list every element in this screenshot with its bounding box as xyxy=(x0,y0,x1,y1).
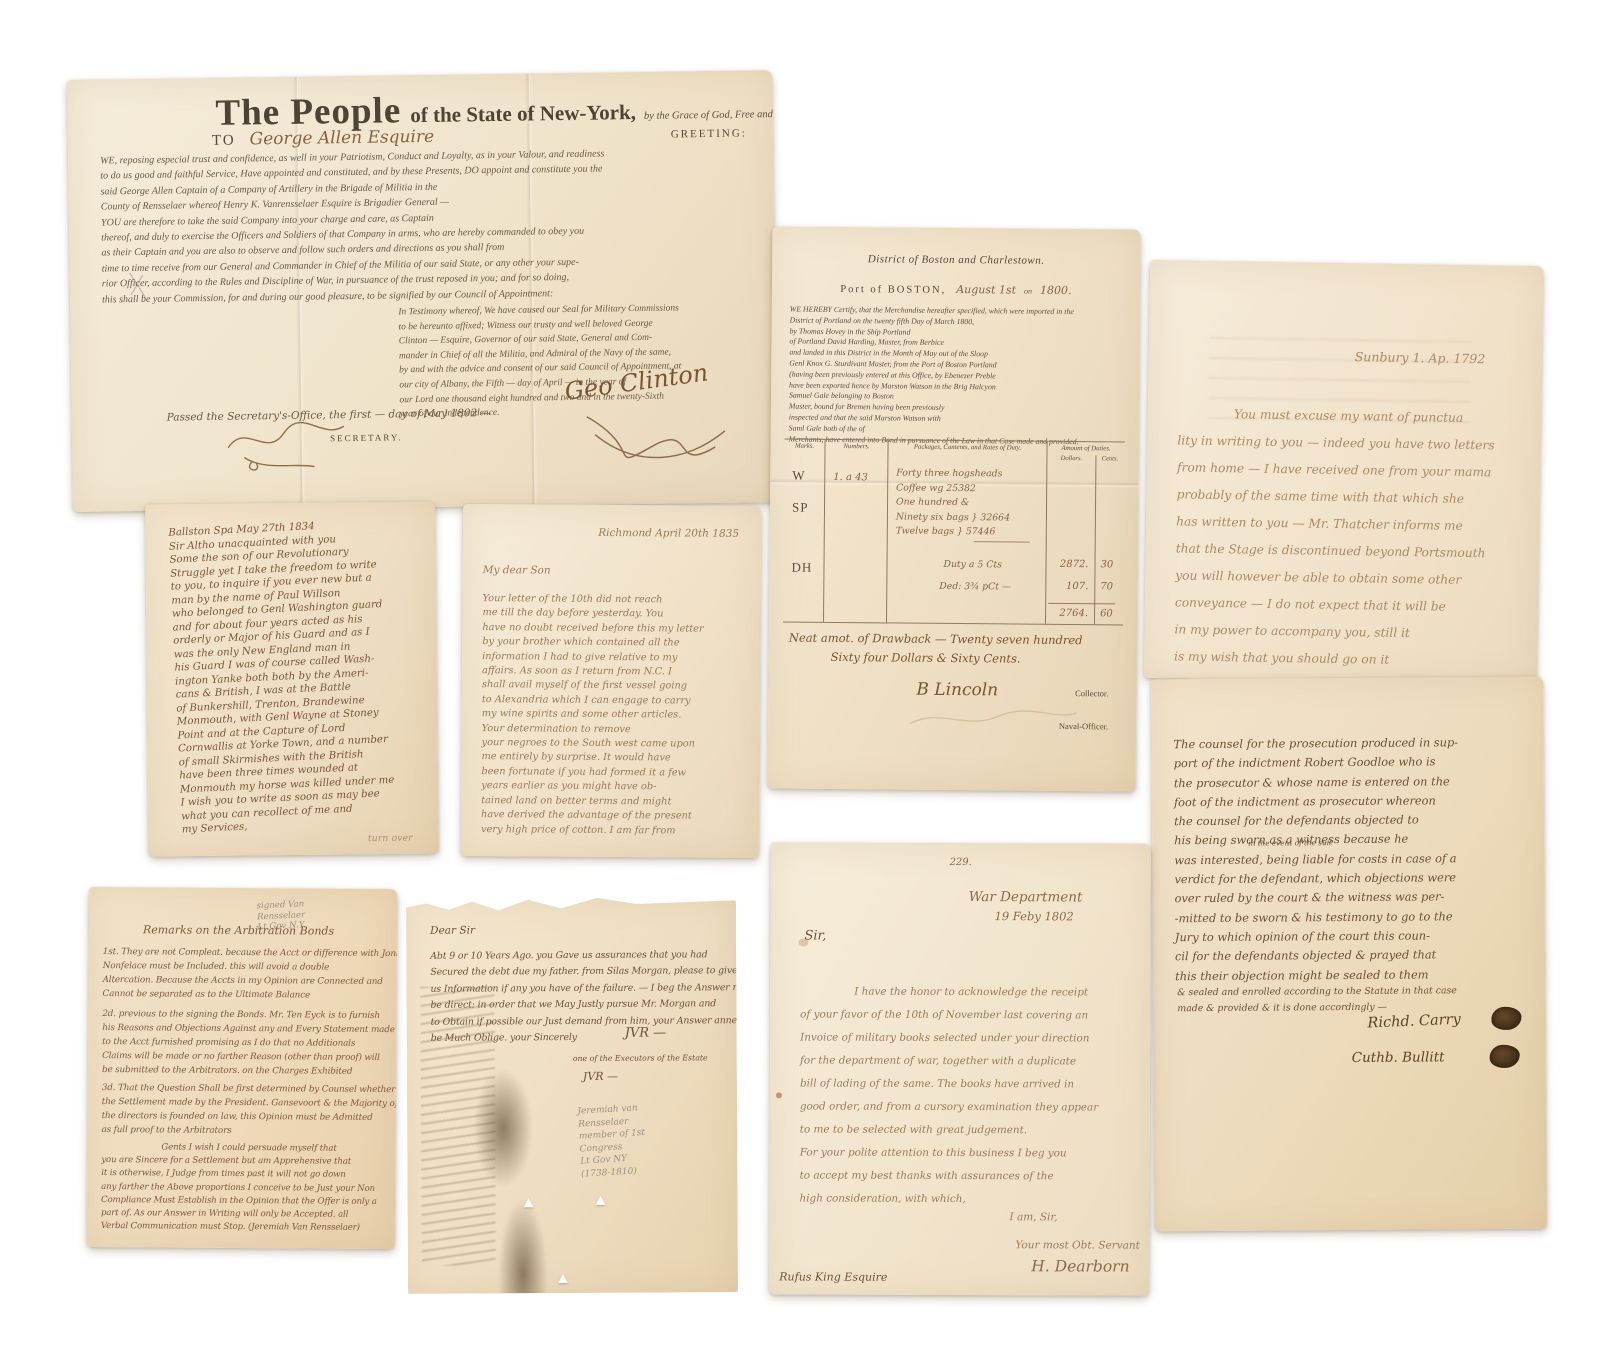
text-line: Coffee wg 25382 xyxy=(896,481,1010,496)
document-ny-commission: The Peopleof the State of New-York,by th… xyxy=(67,70,778,512)
text-line: shall avail myself of the first vessel g… xyxy=(482,679,750,695)
paper-hole xyxy=(558,1274,568,1283)
text-line: was interested, being liable for costs i… xyxy=(1174,849,1530,871)
document-estate-letter: Dear Sir Abt 9 or 10 Years Ago. you Gave… xyxy=(406,897,738,1294)
record-addendum: & sealed and enrolled according to the S… xyxy=(1177,983,1531,1016)
text-line: the prosecutor & whose name is entered o… xyxy=(1174,771,1530,793)
deduction-line: Ded: 3¾ pCt — xyxy=(939,581,1011,593)
lincoln-signature: B Lincoln xyxy=(916,680,998,701)
ink-seal xyxy=(1490,1045,1520,1068)
letter-salutation: My dear Son xyxy=(483,564,551,576)
deduction-cents: 70 xyxy=(1100,581,1113,592)
text-line: Abt 9 or 10 Years Ago. you Gave us assur… xyxy=(430,947,730,965)
pencil-annotation: Jeremiah vanRensselaermember of 1stCongr… xyxy=(577,1102,647,1181)
numbers-value: 1. a 43 xyxy=(833,472,868,483)
ink-seal xyxy=(1491,1007,1521,1030)
text-line: us Information if any you have of the fa… xyxy=(430,980,730,998)
duty-dollars: 2872. xyxy=(1048,559,1088,570)
text-line: as full proof to the Arbitrators xyxy=(102,1123,390,1139)
sender-initials: JVR — xyxy=(583,1070,618,1083)
text-line: to Obtain if possible our Just demand fr… xyxy=(431,1013,731,1031)
text-line: For your polite attention to this busine… xyxy=(800,1141,1142,1165)
numbers-column: Numbers. 1. a 43 xyxy=(824,440,889,623)
text-line: Ninety six bags } 32664 xyxy=(896,510,1010,525)
letter-date: Sunbury 1. Ap. 1792 xyxy=(1355,349,1486,366)
packages-entries: Forty three hogsheadsCoffee wg 25382One … xyxy=(896,466,1011,539)
text-line: is my wish that you should go on it xyxy=(1174,643,1529,676)
text-line: be submitted to the Arbitrators. on the … xyxy=(102,1063,390,1079)
remarks-title: Remarks on the Arbitration Bonds xyxy=(143,923,334,937)
mark-value: W xyxy=(792,468,805,484)
faded-naval-signature xyxy=(908,706,1078,736)
document-arbitration-remarks: signed VanRensselaerLt Gov N.Y. Remarks … xyxy=(87,887,398,1249)
numbers-header: Numbers. xyxy=(826,440,888,451)
marks-column: Marks. W SP DH xyxy=(783,440,826,622)
secretary-label: SECRETARY. xyxy=(330,432,403,443)
remarks-item-2: 2d. previous to the signing the Bonds. M… xyxy=(102,1007,390,1079)
letter-body: You must excuse my want of punctuality i… xyxy=(1174,400,1533,676)
text-line: be Much Oblige. your Sincerely xyxy=(431,1029,731,1047)
total-dollars: 2764. xyxy=(1048,608,1088,619)
letter-salutation: Dear Sir xyxy=(430,925,475,937)
marks-header: Marks. xyxy=(785,440,825,450)
document-war-department-letter: 229. War Department 19 Feby 1802 Sir, I … xyxy=(769,842,1151,1295)
collector-label: Collector. xyxy=(1075,688,1108,698)
text-line: for the department of war, together with… xyxy=(800,1049,1142,1073)
letter-body: Abt 9 or 10 Years Ago. you Gave us assur… xyxy=(430,947,731,1047)
commission-title-mid: of the State of New-York, xyxy=(410,100,636,127)
record-body: The counsel for the prosecution produced… xyxy=(1173,733,1531,986)
turn-over-note: turn over xyxy=(368,833,413,844)
duty-cents: 30 xyxy=(1100,559,1113,570)
text-line: to me to be selected with great judgemen… xyxy=(800,1118,1142,1142)
text-line: (1738-1810) xyxy=(581,1165,648,1181)
packages-header: Packages, Contents, and Rates of Duty. xyxy=(889,440,1047,451)
text-line: my wine spirits and some other articles. xyxy=(482,707,750,723)
dearborn-signature: H. Dearborn xyxy=(1031,1257,1129,1275)
letter-date: 19 Feby 1802 xyxy=(995,909,1074,923)
text-line: Jury to which opinion of the court this … xyxy=(1175,926,1531,948)
ink-stain xyxy=(498,1198,549,1294)
letter-date: Richmond April 20th 1835 xyxy=(598,527,739,540)
text-line: port of the indictment Robert Goodloe wh… xyxy=(1174,752,1530,774)
document-court-record: The counsel for the prosecution produced… xyxy=(1151,677,1547,1232)
port-date: August 1st xyxy=(956,283,1016,297)
closing-line-2: Your most Obt. Servant xyxy=(1015,1239,1140,1251)
amount-header: Amount of Duties. xyxy=(1048,442,1125,453)
text-line: Forty three hogsheads xyxy=(896,466,1010,481)
document-sunbury-letter: Sunbury 1. Ap. 1792 You must excuse my w… xyxy=(1144,260,1544,684)
text-line: by your brother which contained all the xyxy=(482,635,750,651)
port-year: 1800. xyxy=(1040,284,1072,297)
letter-body: Your letter of the 10th did not reachme … xyxy=(481,592,751,839)
paper-hole xyxy=(524,1198,534,1207)
drawback-line-1: Neat amot. of Drawback — Twenty seven hu… xyxy=(789,629,1083,651)
stain-spot xyxy=(776,1092,782,1098)
text-line: I have the honor to acknowledge the rece… xyxy=(854,981,1142,1005)
district-heading: District of Boston and Charlestown. xyxy=(772,252,1140,267)
carry-signature: Richd. Carry xyxy=(1367,1012,1461,1032)
duties-table: Marks. W SP DH Numbers. 1. a 43 Packages… xyxy=(783,439,1125,626)
amount-column: Amount of Duties. Dollars. Cents. 2872. … xyxy=(1046,442,1125,625)
text-line: made & provided & it is done accordingly… xyxy=(1177,998,1531,1016)
text-line: Cannot be separated as to the Ultimate B… xyxy=(102,987,390,1003)
text-line: One hundred & xyxy=(896,495,1010,510)
packages-column: Packages, Contents, and Rates of Duty. F… xyxy=(887,440,1048,623)
document-richmond-letter: Richmond April 20th 1835 My dear Son You… xyxy=(461,504,761,858)
letter-salutation: Sir, xyxy=(804,928,826,943)
text-line: be direct: in order that we May Justly p… xyxy=(430,996,730,1014)
text-line: to accept my best thanks with assurances… xyxy=(800,1164,1142,1188)
text-line: me till the day before yesterday. You xyxy=(482,607,750,623)
drawback-line-2: Sixty four Dollars & Sixty Cents. xyxy=(831,648,1083,669)
paper-hole xyxy=(596,1196,606,1205)
mark-value: DH xyxy=(791,560,812,576)
dollars-header: Dollars. xyxy=(1047,455,1095,462)
amount-subheaders: Dollars. Cents. xyxy=(1047,455,1124,463)
text-line: verdict for the defendant, which objecti… xyxy=(1174,868,1530,890)
text-line: Invoice of military books selected under… xyxy=(800,1026,1142,1050)
sender-initials: JVR — xyxy=(625,1026,667,1041)
column-divider xyxy=(1094,455,1096,624)
remarks-item-3: 3d. That the Question Shall be first det… xyxy=(102,1081,390,1139)
sum-rule xyxy=(974,541,1030,542)
letter-body: I have the honor to acknowledge the rece… xyxy=(800,980,1143,1211)
ink-stain xyxy=(473,1068,534,1188)
remarks-closing: Gents I wish I could persuade myself tha… xyxy=(101,1141,390,1235)
port-heading: Port of BOSTON, August 1st on 1800. xyxy=(772,278,1140,299)
commission-title-small: by the Grace of God, Free and Independen… xyxy=(644,108,778,122)
executors-note: one of the Executors of the Estate xyxy=(573,1053,708,1063)
text-line: over ruled by the court & the witness wa… xyxy=(1175,887,1531,909)
secretary-signature-flourish xyxy=(222,416,353,479)
text-line: his being sworn as a witness because he xyxy=(1174,829,1530,851)
text-line: foot of the indictment as prosecutor whe… xyxy=(1174,791,1530,813)
recipient-name: George Allen Esquire xyxy=(249,127,434,150)
bullitt-signature: Cuthb. Bullitt xyxy=(1352,1049,1445,1066)
text-line: Verbal Communication must Stop. (Jeremia… xyxy=(101,1220,389,1235)
commission-body: WE, reposing especial trust and confiden… xyxy=(100,144,750,307)
port-label: Port of BOSTON, xyxy=(840,284,946,296)
text-line: bill of lading of the same. The books ha… xyxy=(800,1072,1142,1096)
clinton-signature-flourish xyxy=(575,405,736,484)
text-line: Twelve bags } 57446 xyxy=(896,524,1010,539)
to-label: TO xyxy=(212,133,236,149)
text-line: the counsel for the defendants objected … xyxy=(1174,810,1530,832)
duty-rate-line: Duty a 5 Cts xyxy=(943,559,1001,571)
cents-header: Cents. xyxy=(1095,455,1124,462)
remarks-item-1: 1st. They are not Compleat. because the … xyxy=(102,945,390,1003)
text-line: very high price of cotton. I am far from xyxy=(481,823,749,839)
port-on-word: on xyxy=(1024,287,1032,296)
photo-canvas: The Peopleof the State of New-York,by th… xyxy=(0,0,1600,1367)
text-line: Secured the debt due my father. from Sil… xyxy=(430,964,730,982)
closing-line-1: I am, Sir, xyxy=(1009,1211,1057,1223)
naval-officer-label: Naval-Officer. xyxy=(1059,721,1108,731)
certificate-body: WE HEREBY Certify, that the Merchandise … xyxy=(789,305,1126,448)
text-line: The counsel for the prosecution produced… xyxy=(1173,733,1529,755)
text-line: years earlier as you might have ob- xyxy=(481,779,749,795)
document-ballston-spa-letter: Ballston Spa May 27th 1834Sir Altho unac… xyxy=(145,501,439,856)
addressee-line: Rufus King Esquire xyxy=(779,1270,887,1283)
deduction-dollars: 107. xyxy=(1048,581,1088,592)
total-cents: 60 xyxy=(1100,608,1113,619)
text-line: cil for the defendants objected & prayed… xyxy=(1175,945,1531,967)
text-line: -mitted to be sworn & his testimony to g… xyxy=(1175,906,1531,928)
text-line: of your favor of the 10th of November la… xyxy=(800,1003,1142,1027)
drawback-amount-lines: Neat amot. of Drawback — Twenty seven hu… xyxy=(789,629,1083,670)
text-line: good order, and from a cursory examinati… xyxy=(800,1095,1142,1119)
greeting-label: GREETING: xyxy=(671,127,747,140)
letter-body: Ballston Spa May 27th 1834Sir Altho unac… xyxy=(168,515,434,837)
interlinear-insertion: in the event of the suit xyxy=(1248,838,1332,848)
department-heading: War Department xyxy=(969,889,1083,905)
text-line: have derived the advantage of the presen… xyxy=(481,808,749,824)
docket-number: 229. xyxy=(771,856,1151,868)
mark-value: SP xyxy=(792,500,809,516)
total-rule xyxy=(1048,603,1115,605)
text-line: high consideration, with which, xyxy=(800,1187,1142,1211)
document-boston-customs-certificate: District of Boston and Charlestown. Port… xyxy=(768,226,1141,791)
